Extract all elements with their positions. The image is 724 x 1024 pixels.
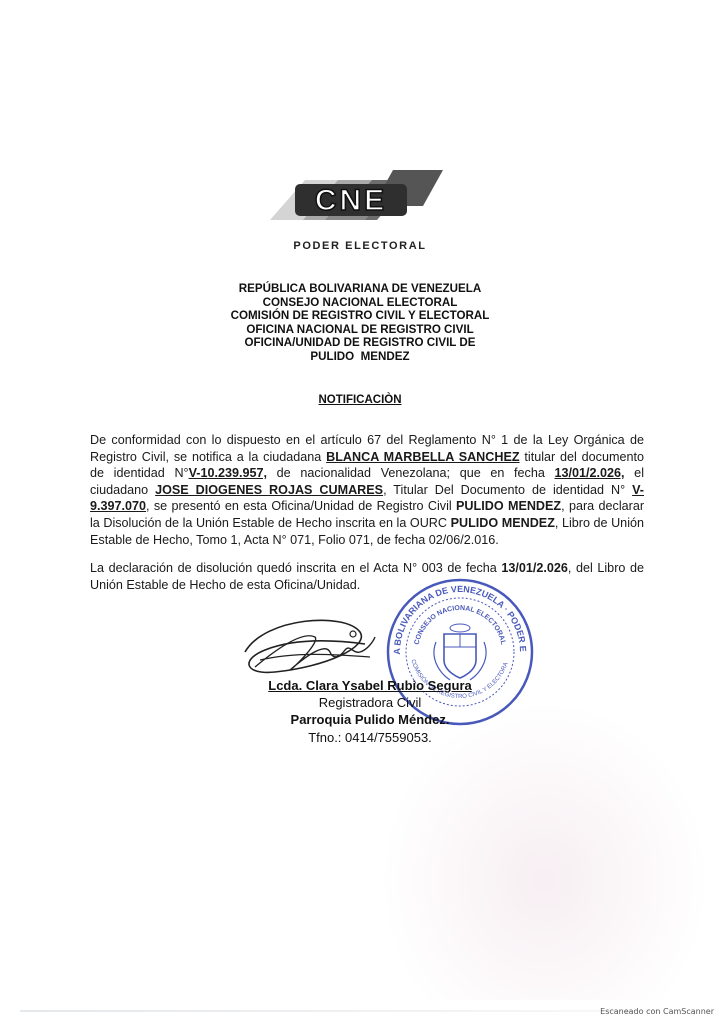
header-line: PULIDO MENDEZ (150, 350, 570, 364)
signatory-role: Registradora Civil (220, 695, 520, 710)
signatory-phone: Tfno.: 0414/7559053. (220, 730, 520, 745)
svg-text:CNE: CNE (315, 184, 387, 217)
office-name: PULIDO MENDEZ (451, 516, 555, 530)
signatory-parish: Parroquia Pulido Méndez. (220, 712, 520, 727)
institution-header: REPÚBLICA BOLIVARIANA DE VENEZUELA CONSE… (150, 282, 570, 364)
registration-paragraph: La declaración de disolución quedó inscr… (90, 560, 644, 593)
scan-edge (20, 1010, 660, 1012)
header-line: OFICINA/UNIDAD DE REGISTRO CIVIL DE (150, 336, 570, 350)
cne-logo-icon: CNE (265, 158, 455, 238)
office-name: PULIDO MENDEZ (456, 499, 561, 513)
header-line: REPÚBLICA BOLIVARIANA DE VENEZUELA (150, 282, 570, 296)
cne-logo: CNE PODER ELECTORAL (265, 158, 455, 258)
header-line: COMISIÓN DE REGISTRO CIVIL Y ELECTORAL (150, 309, 570, 323)
text: , se presentó en esta Oficina/Unidad de … (146, 499, 456, 513)
notification-paragraph: De conformidad con lo dispuesto en el ar… (90, 432, 644, 548)
notified-id: V-10.239.957, (189, 466, 267, 480)
signatory-name: Lcda. Clara Ysabel Rubio Segura (220, 678, 520, 693)
signature-block: REPÚBLICA BOLIVARIANA DE VENEZUELA · POD… (220, 612, 550, 762)
declarant-name: JOSE DIOGENES ROJAS CUMARES (155, 483, 383, 497)
handwritten-signature-icon (235, 612, 385, 682)
notified-name: BLANCA MARBELLA SANCHEZ (326, 450, 519, 464)
camscanner-watermark: Escaneado con CamScanner (600, 1007, 714, 1016)
document-title: NOTIFICACIÒN (150, 394, 570, 406)
notification-date: 13/01/2.026, (555, 466, 625, 480)
logo-subtitle: PODER ELECTORAL (265, 240, 455, 252)
document-body: De conformidad con lo dispuesto en el ar… (90, 432, 644, 605)
header-line: OFICINA NACIONAL DE REGISTRO CIVIL (150, 323, 570, 337)
header-line: CONSEJO NACIONAL ELECTORAL (150, 296, 570, 310)
text: , Titular Del Documento de identidad N° (383, 483, 632, 497)
text: de nacionalidad Venezolana; que en fecha (267, 466, 554, 480)
